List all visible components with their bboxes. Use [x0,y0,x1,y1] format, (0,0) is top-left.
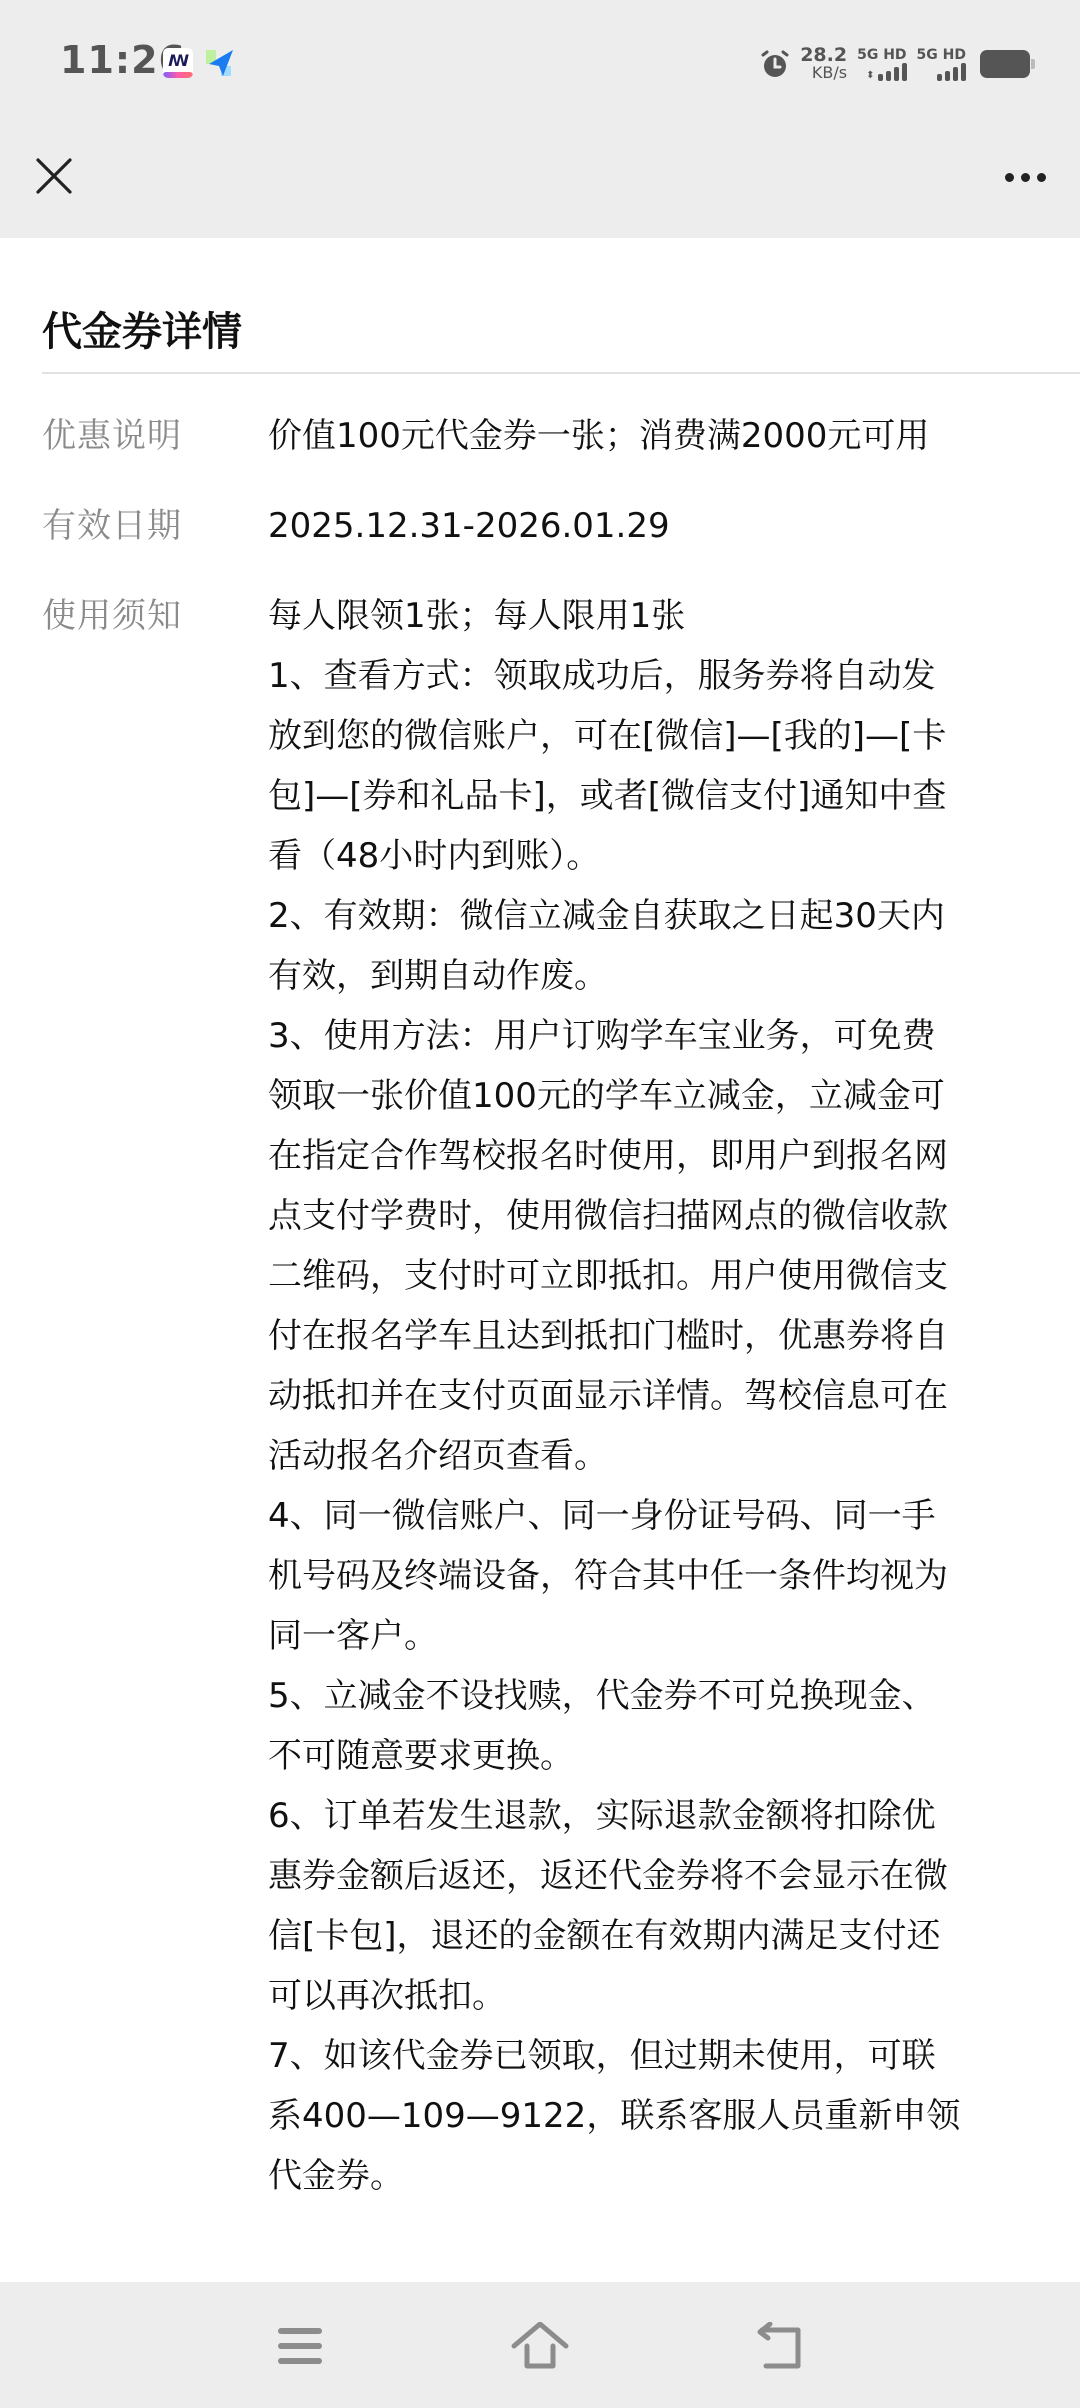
network-speed: 28.2 KB/s [800,46,847,82]
text-line: 不可随意要求更换。 [268,1726,1048,1786]
signal-bars-icon: ⬍ [866,63,906,81]
row-label: 优惠说明 [42,406,182,466]
row-label: 使用须知 [42,586,182,646]
text-line: 付在报名学车且达到抵扣门槛时，优惠券将自 [268,1306,1048,1366]
home-button[interactable] [510,2322,570,2370]
phone-number-line: 系400—109—9122，联系客服人员重新申领 [268,2086,1048,2146]
valid-dates-text: 2025.12.31-2026.01.29 [268,496,1048,556]
text-line: 可以再次抵扣。 [268,1966,1048,2026]
text-line: 每人限领1张；每人限用1张 [268,586,1048,646]
row-value: 2025.12.31-2026.01.29 [268,496,1048,556]
more-options-button[interactable] [990,152,1060,202]
menu-button[interactable] [270,2322,330,2370]
text-line: 活动报名介绍页查看。 [268,1426,1048,1486]
text-line: 1、查看方式：领取成功后，服务券将自动发 [268,646,1048,706]
text-line: 放到您的微信账户，可在[微信]—[我的]—[卡 [268,706,1048,766]
home-icon [510,2322,570,2370]
text-line: 4、同一微信账户、同一身份证号码、同一手 [268,1486,1048,1546]
text-line: 6、订单若发生退款，实际退款金额将扣除优 [268,1786,1048,1846]
paper-plane-app-icon [205,48,237,78]
text-line: 包]—[券和礼品卡]，或者[微信支付]通知中查 [268,766,1048,826]
system-nav-bar [0,2282,1080,2408]
sim2-label: 5G HD [917,47,966,63]
text-line: 5、立减金不设找赎，代金券不可兑换现金、 [268,1666,1048,1726]
text-line: 惠券金额后返还，返还代金券将不会显示在微 [268,1846,1048,1906]
close-icon [28,150,80,202]
text-line: 2、有效期：微信立减金自获取之日起30天内 [268,886,1048,946]
text-line: 信[卡包]，退还的金额在有效期内满足支付还 [268,1906,1048,1966]
text-line: 同一客户。 [268,1606,1048,1666]
text-line: 领取一张价值100元的学车立减金，立减金可 [268,1066,1048,1126]
usage-notes-text: 每人限领1张；每人限用1张 1、查看方式：领取成功后，服务券将自动发 放到您的微… [268,586,1048,2206]
text-line: 点支付学费时，使用微信扫描网点的微信收款 [268,1186,1048,1246]
network-speed-unit: KB/s [812,64,847,82]
alarm-clock-icon [760,49,790,79]
battery-icon [980,50,1030,78]
text-line: 有效，到期自动作废。 [268,946,1048,1006]
status-indicators: 28.2 KB/s 5G HD ⬍ 5G HD [760,42,1030,86]
more-dots-icon [1005,173,1046,182]
top-nav-bar [0,130,1080,238]
text-line: 机号码及终端设备，符合其中任一条件均视为 [268,1546,1048,1606]
text-line: 看（48小时内到账）。 [268,826,1048,886]
app-notification-icon: ꟿ [163,48,193,78]
row-value: 价值100元代金券一张；消费满2000元可用 [268,406,1048,466]
back-icon [750,2322,810,2370]
back-button[interactable] [750,2322,810,2370]
signal-bars-icon [937,63,966,81]
row-label: 有效日期 [42,496,182,556]
sim1-label: 5G HD [857,47,906,63]
text-line: 在指定合作驾校报名时使用，即用户到报名网 [268,1126,1048,1186]
close-button[interactable] [28,150,80,202]
title-divider [42,372,1080,374]
offer-description-text: 价值100元代金券一张；消费满2000元可用 [268,406,1048,466]
text-line: 7、如该代金券已领取，但过期未使用，可联 [268,2026,1048,2086]
network-speed-value: 28.2 [800,46,847,64]
text-line: 二维码，支付时可立即抵扣。用户使用微信支 [268,1246,1048,1306]
sim1-signal: 5G HD ⬍ [857,47,906,81]
page-title: 代金券详情 [42,300,242,357]
sim2-signal: 5G HD [917,47,966,81]
text-line: 代金券。 [268,2146,1048,2206]
status-bar: 11:26 ꟿ 28.2 KB/s 5G HD ⬍ [0,0,1080,130]
text-line: 动抵扣并在支付页面显示详情。驾校信息可在 [268,1366,1048,1426]
text-line: 3、使用方法：用户订购学车宝业务，可免费 [268,1006,1048,1066]
menu-icon [270,2322,330,2370]
